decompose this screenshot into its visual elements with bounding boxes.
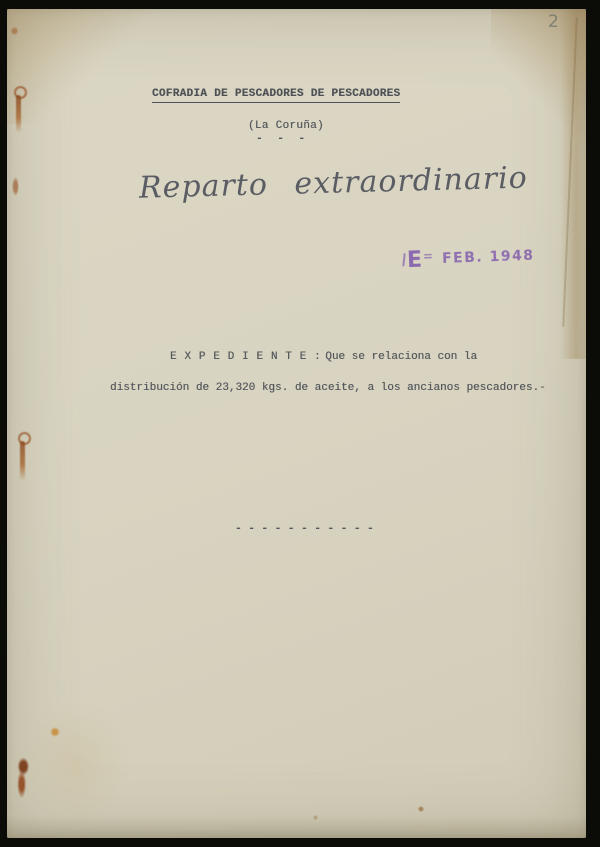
separator-dashes: - - - - - - - - - - - — [235, 523, 374, 535]
expediente-label: E X P E D I E N T E : — [170, 351, 321, 363]
rust-stain — [418, 806, 424, 812]
rust-stain — [50, 727, 60, 737]
expediente-line1-text: Que se relaciona con la — [325, 351, 477, 363]
staple-rust-mark — [16, 95, 21, 133]
stamp-partial-number-glyph: E — [407, 248, 423, 274]
faint-stain-bottom-left — [21, 699, 131, 829]
expediente-line-2: distribución de 23,320 kgs. de aceite, a… — [110, 373, 560, 404]
header-title: COFRADIA DE PESCADORES DE PESCADORES — [152, 88, 400, 103]
handwritten-title: Reparto extraordinario — [139, 161, 500, 205]
date-stamp: E=FEB. 1948 — [403, 244, 535, 274]
stamp-ink-tick-icon — [402, 253, 405, 266]
expediente-line-1: E X P E D I E N T E :Que se relaciona co… — [110, 342, 560, 373]
subtitle-underline-dashes: - - - — [256, 133, 309, 145]
rust-stain — [14, 753, 31, 801]
document-page: 2 COFRADIA DE PESCADORES DE PESCADORES (… — [7, 9, 586, 838]
rust-stain — [313, 815, 318, 820]
staple-rust-mark — [20, 441, 25, 481]
scan-background: 2 COFRADIA DE PESCADORES DE PESCADORES (… — [0, 0, 600, 847]
rust-stain — [11, 26, 18, 36]
page-number: 2 — [548, 12, 559, 32]
stamp-date-text: FEB. 1948 — [442, 248, 535, 267]
expediente-paragraph: E X P E D I E N T E :Que se relaciona co… — [110, 342, 560, 404]
header-subtitle: (La Coruña) — [248, 120, 324, 132]
corner-discoloration-top-left — [7, 9, 167, 124]
stamp-ink-marks-icon: = — [423, 249, 434, 263]
rust-stain — [12, 177, 19, 196]
